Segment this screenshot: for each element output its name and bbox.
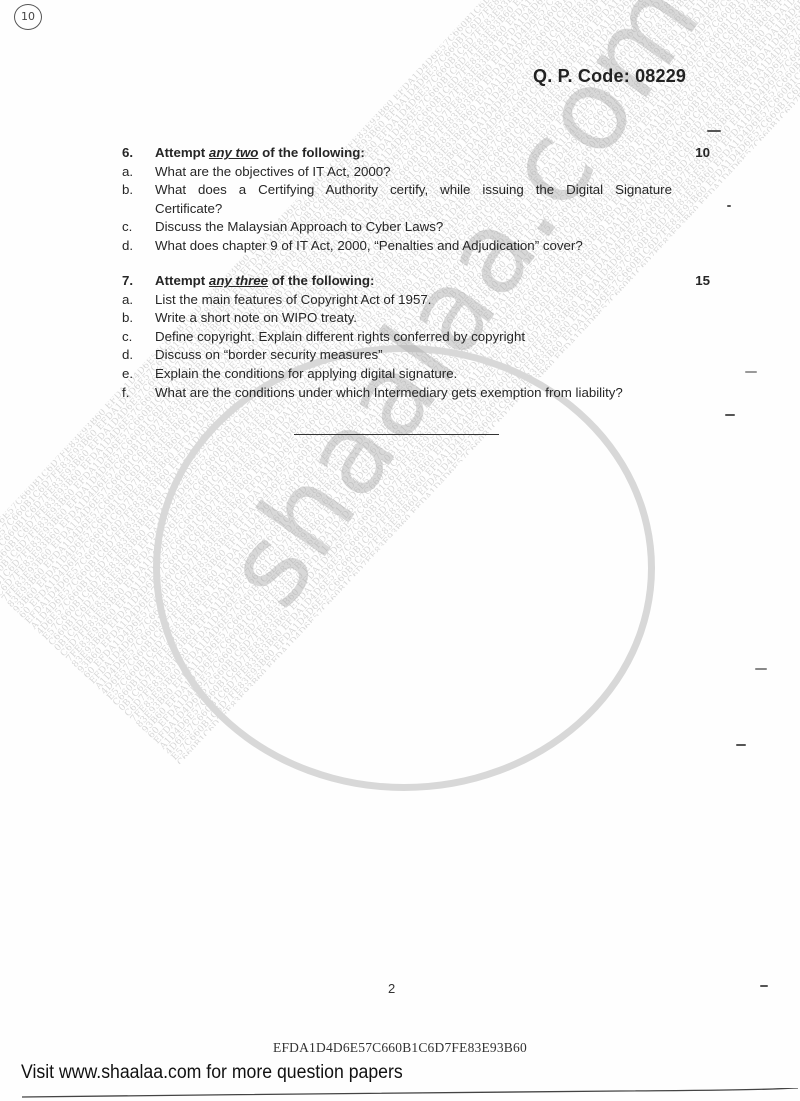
question-7: 7. Attempt any three of the following: 1… (122, 272, 712, 402)
question-number: 7. (122, 272, 155, 291)
scan-mark (736, 744, 746, 746)
question-number: 6. (122, 144, 155, 163)
page-number: 2 (388, 981, 395, 996)
scan-mark (745, 371, 757, 373)
instruction-emphasis: any two (209, 145, 259, 160)
question-item: b. Write a short note on WIPO treaty. (122, 309, 712, 328)
scan-mark (725, 414, 735, 416)
question-item: d. Discuss on “border security measures” (122, 346, 712, 365)
question-heading: 6. Attempt any two of the following: (122, 144, 712, 163)
footer-hash-code: EFDA1D4D6E57C660B1C6D7FE83E93B60 (273, 1040, 527, 1056)
question-6: 6. Attempt any two of the following: 10 … (122, 144, 712, 256)
end-rule-divider (294, 434, 499, 435)
question-item: a. What are the objectives of IT Act, 20… (122, 163, 712, 182)
question-item: a. List the main features of Copyright A… (122, 291, 712, 310)
question-item: c. Define copyright. Explain different r… (122, 328, 712, 347)
instruction-emphasis: any three (209, 273, 268, 288)
bottom-edge-stroke (20, 1088, 800, 1100)
scan-mark (755, 668, 767, 670)
circled-page-number: 10 (14, 4, 42, 30)
question-item: f. What are the conditions under which I… (122, 384, 712, 403)
question-item-continuation: Certificate? (122, 200, 712, 219)
question-marks: 15 (695, 272, 710, 291)
question-instruction: Attempt any two of the following: (155, 144, 712, 163)
question-heading: 7. Attempt any three of the following: (122, 272, 712, 291)
qp-code: Q. P. Code: 08229 (533, 66, 686, 87)
question-instruction: Attempt any three of the following: (155, 272, 712, 291)
visit-banner: Visit www.shaalaa.com for more question … (21, 1062, 403, 1084)
watermark-circle (153, 345, 655, 791)
scan-mark (760, 985, 768, 987)
scan-mark (707, 130, 721, 132)
question-item: b. What does a Certifying Authority cert… (122, 181, 712, 200)
question-item: d. What does chapter 9 of IT Act, 2000, … (122, 237, 712, 256)
question-item: e. Explain the conditions for applying d… (122, 365, 712, 384)
question-paper-page: EFDA1D4D6E57C660B1C6D7FE83E93B60 EFDA1D4… (0, 0, 800, 1101)
question-item: c. Discuss the Malaysian Approach to Cyb… (122, 218, 712, 237)
scan-mark (727, 205, 731, 207)
question-marks: 10 (695, 144, 710, 163)
